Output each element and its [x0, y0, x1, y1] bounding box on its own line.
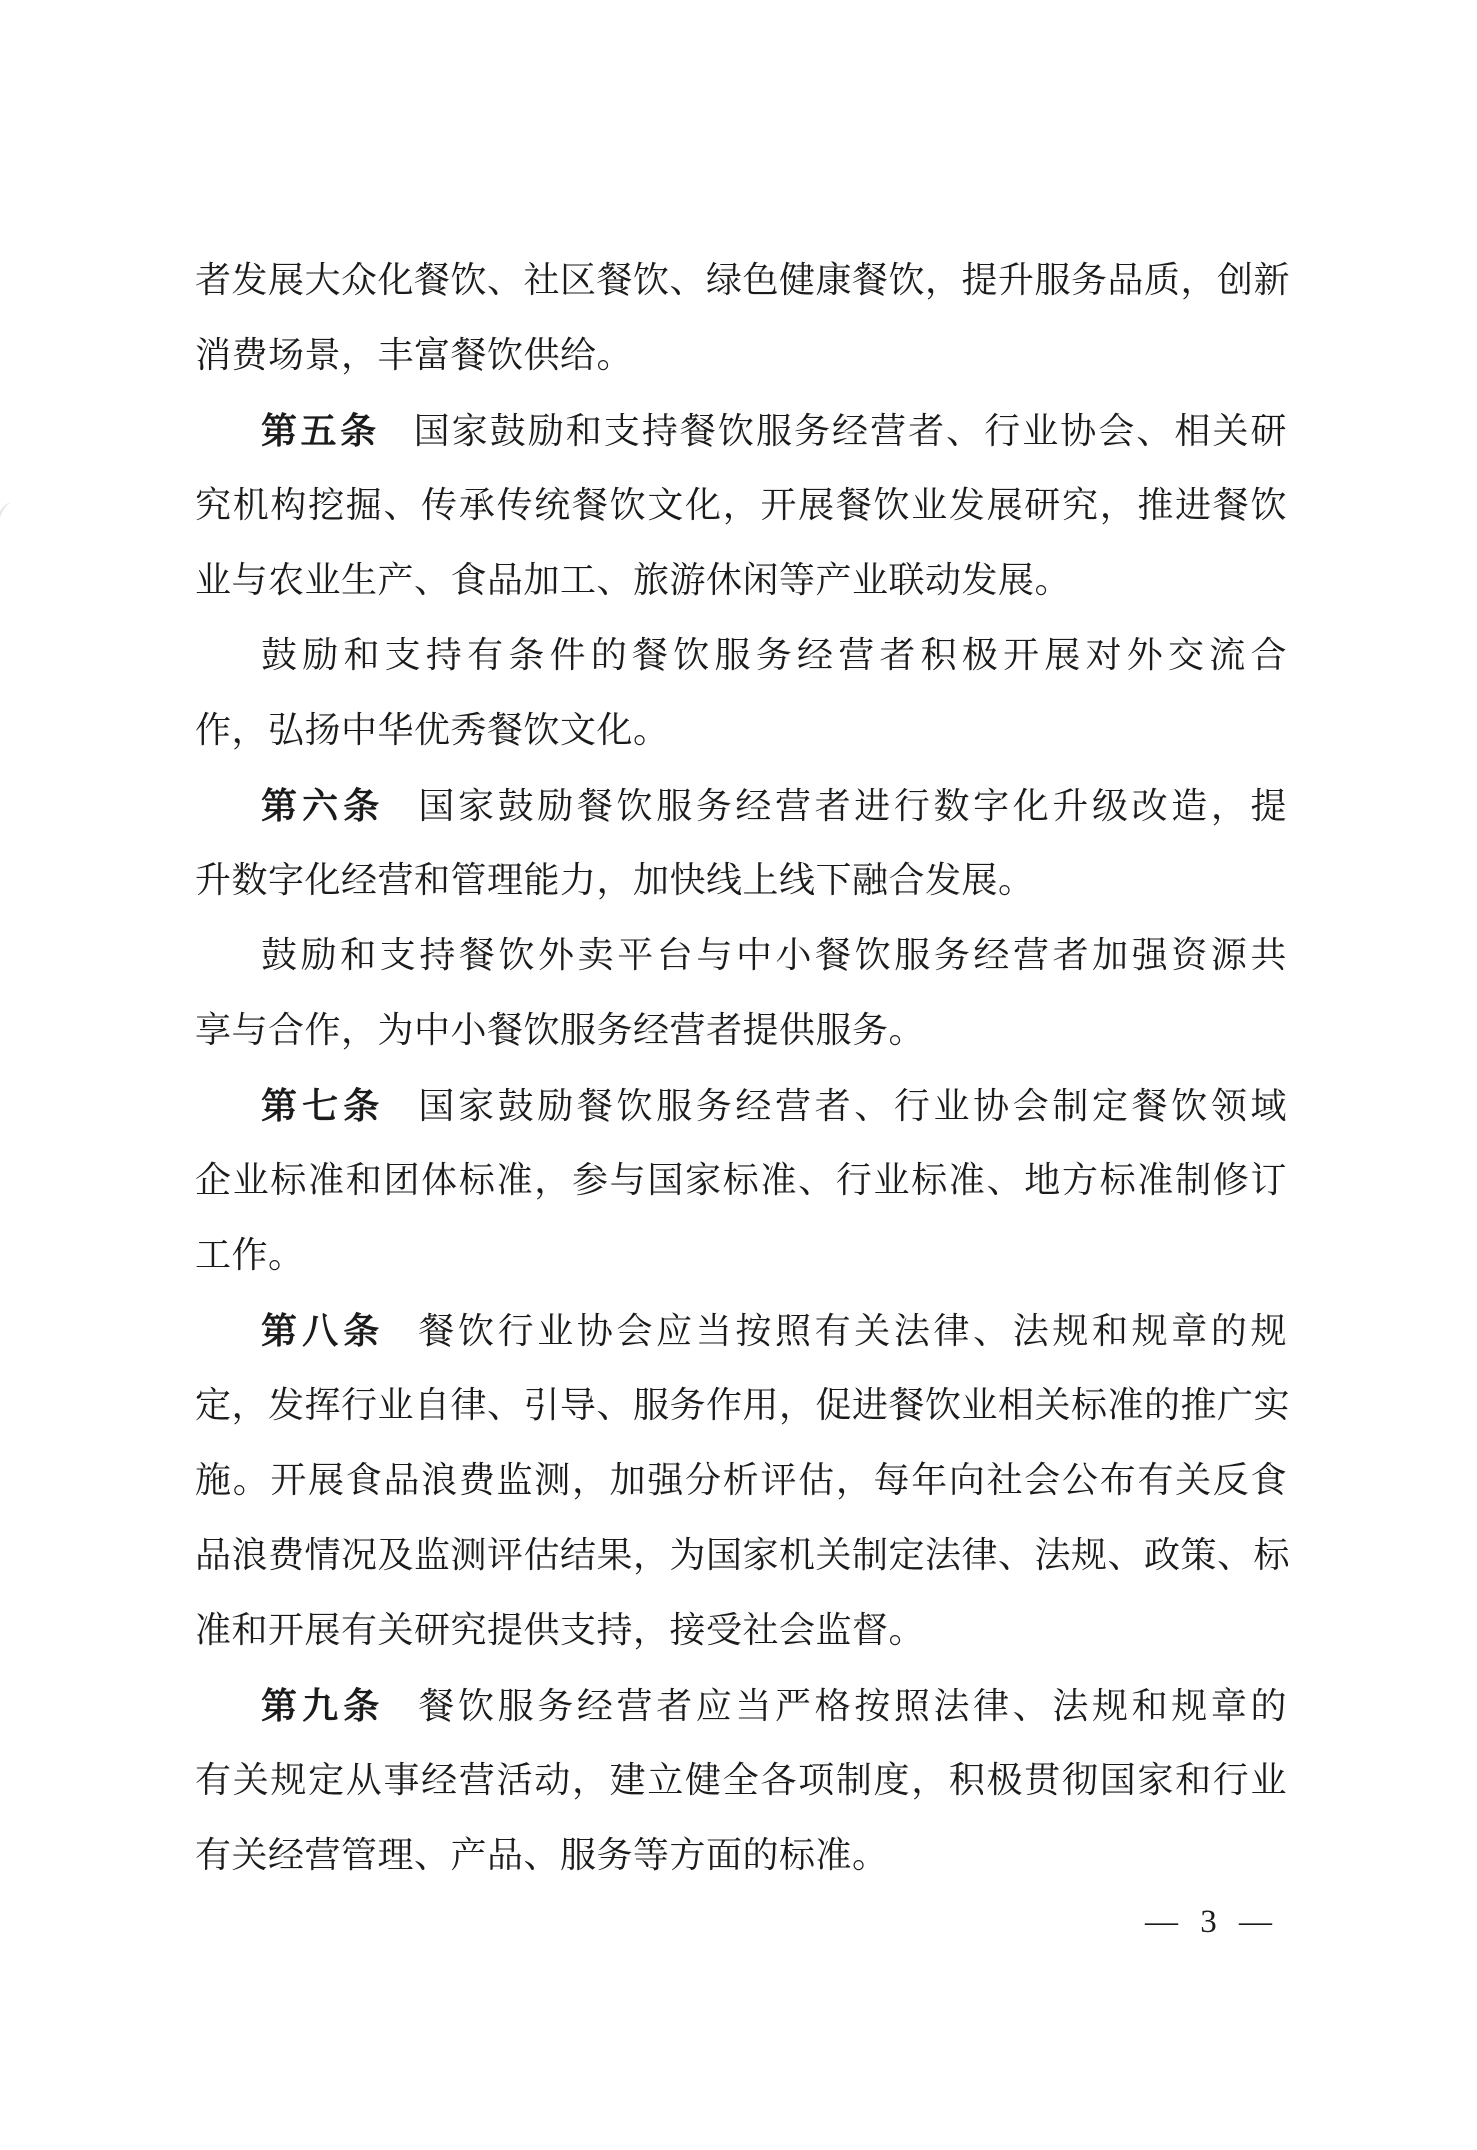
line-text: 享与合作，为中小餐饮服务经营者提供服务。 [195, 1010, 925, 1050]
text-line: 享与合作，为中小餐饮服务经营者提供服务。 [195, 993, 1287, 1068]
line-text: 有关经营管理、产品、服务等方面的标准。 [195, 1835, 889, 1875]
line-text: 者发展大众化餐饮、社区餐饮、绿色健康餐饮，提升服务品质，创新 [195, 260, 1290, 300]
line-text: 消费场景，丰富餐饮供给。 [195, 335, 633, 375]
document-body: 者发展大众化餐饮、社区餐饮、绿色健康餐饮，提升服务品质，创新消费场景，丰富餐饮供… [195, 243, 1287, 1893]
text-line: 第七条国家鼓励餐饮服务经营者、行业协会制定餐饮领域 [195, 1068, 1287, 1143]
line-text: 企业标准和团体标准，参与国家标准、行业标准、地方标准制修订 [195, 1160, 1287, 1200]
line-text: 业与农业生产、食品加工、旅游休闲等产业联动发展。 [195, 560, 1071, 600]
line-text: 品浪费情况及监测评估结果，为国家机关制定法律、法规、政策、标 [195, 1535, 1290, 1575]
document-page: 者发展大众化餐饮、社区餐饮、绿色健康餐饮，提升服务品质，创新消费场景，丰富餐饮供… [0, 0, 1477, 2150]
text-line: 第九条餐饮服务经营者应当严格按照法律、法规和规章的 [195, 1668, 1287, 1743]
scan-artifact [0, 500, 20, 548]
text-line: 施。开展食品浪费监测，加强分析评估，每年向社会公布有关反食 [195, 1443, 1287, 1518]
article-number: 第六条 [261, 785, 384, 826]
line-text: 餐饮行业协会应当按照有关法律、法规和规章的规 [418, 1311, 1287, 1351]
text-line: 鼓励和支持有条件的餐饮服务经营者积极开展对外交流合 [195, 618, 1287, 693]
text-line: 企业标准和团体标准，参与国家标准、行业标准、地方标准制修订 [195, 1143, 1287, 1218]
article-number: 第九条 [261, 1685, 384, 1726]
line-text: 工作。 [195, 1235, 305, 1275]
line-text: 鼓励和支持餐饮外卖平台与中小餐饮服务经营者加强资源共 [261, 935, 1287, 975]
text-line: 鼓励和支持餐饮外卖平台与中小餐饮服务经营者加强资源共 [195, 918, 1287, 993]
text-line: 者发展大众化餐饮、社区餐饮、绿色健康餐饮，提升服务品质，创新 [195, 243, 1287, 318]
article-number: 第五条 [261, 410, 380, 451]
text-line: 第六条国家鼓励餐饮服务经营者进行数字化升级改造，提 [195, 768, 1287, 843]
text-line: 定，发挥行业自律、引导、服务作用，促进餐饮业相关标准的推广实 [195, 1368, 1287, 1443]
text-line: 消费场景，丰富餐饮供给。 [195, 318, 1287, 393]
line-text: 准和开展有关研究提供支持，接受社会监督。 [195, 1610, 925, 1650]
line-text: 鼓励和支持有条件的餐饮服务经营者积极开展对外交流合 [261, 635, 1287, 675]
article-number: 第八条 [261, 1310, 384, 1351]
text-line: 作，弘扬中华优秀餐饮文化。 [195, 693, 1287, 768]
text-line: 业与农业生产、食品加工、旅游休闲等产业联动发展。 [195, 543, 1287, 618]
line-text: 国家鼓励餐饮服务经营者、行业协会制定餐饮领域 [418, 1086, 1287, 1126]
article-number: 第七条 [261, 1085, 384, 1126]
text-line: 第八条餐饮行业协会应当按照有关法律、法规和规章的规 [195, 1293, 1287, 1368]
line-text: 定，发挥行业自律、引导、服务作用，促进餐饮业相关标准的推广实 [195, 1385, 1290, 1425]
line-text: 作，弘扬中华优秀餐饮文化。 [195, 710, 670, 750]
page-number: — 3 — [1145, 1904, 1279, 1941]
line-text: 升数字化经营和管理能力，加快线上线下融合发展。 [195, 860, 1035, 900]
text-line: 究机构挖掘、传承传统餐饮文化，开展餐饮业发展研究，推进餐饮 [195, 468, 1287, 543]
line-text: 国家鼓励餐饮服务经营者进行数字化升级改造，提 [418, 786, 1287, 826]
text-line: 准和开展有关研究提供支持，接受社会监督。 [195, 1593, 1287, 1668]
line-text: 国家鼓励和支持餐饮服务经营者、行业协会、相关研 [414, 411, 1287, 451]
text-line: 有关经营管理、产品、服务等方面的标准。 [195, 1818, 1287, 1893]
text-line: 有关规定从事经营活动，建立健全各项制度，积极贯彻国家和行业 [195, 1743, 1287, 1818]
text-line: 工作。 [195, 1218, 1287, 1293]
text-line: 品浪费情况及监测评估结果，为国家机关制定法律、法规、政策、标 [195, 1518, 1287, 1593]
line-text: 餐饮服务经营者应当严格按照法律、法规和规章的 [418, 1686, 1287, 1726]
line-text: 究机构挖掘、传承传统餐饮文化，开展餐饮业发展研究，推进餐饮 [195, 485, 1287, 525]
text-line: 升数字化经营和管理能力，加快线上线下融合发展。 [195, 843, 1287, 918]
text-line: 第五条国家鼓励和支持餐饮服务经营者、行业协会、相关研 [195, 393, 1287, 468]
line-text: 施。开展食品浪费监测，加强分析评估，每年向社会公布有关反食 [195, 1460, 1287, 1500]
line-text: 有关规定从事经营活动，建立健全各项制度，积极贯彻国家和行业 [195, 1760, 1287, 1800]
